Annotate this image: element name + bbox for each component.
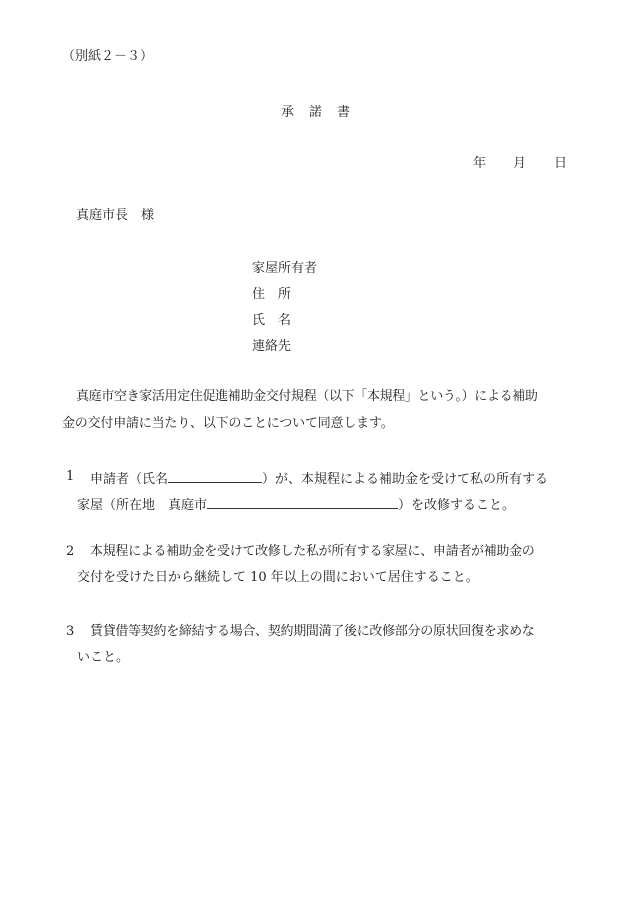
contact-label: 連絡先: [252, 340, 291, 353]
item-line-2: 交付を受けた日から継続して 10 年以上の間において居住すること。: [77, 571, 479, 584]
day-label: 日: [554, 157, 567, 170]
name-label: 氏 名: [252, 314, 291, 327]
annex-label: （別紙２－３）: [62, 50, 153, 63]
item-number: 2: [66, 545, 74, 558]
page-title: 承 諾 書: [281, 106, 351, 119]
location-blank: [207, 496, 398, 509]
address-label: 住 所: [252, 288, 291, 301]
location-label: 家屋（所在地 真庭市: [77, 498, 207, 513]
intro-line-2: 金の交付申請に当たり、以下のことについて同意します。: [62, 417, 394, 430]
owner-heading: 家屋所有者: [252, 262, 317, 275]
item-number: 3: [66, 625, 74, 638]
month-label: 月: [513, 157, 526, 170]
item-line-2: いこと。: [77, 651, 129, 664]
item-text: ）が、本規程による補助金を受けて私の所有する: [262, 472, 548, 487]
item-line-1: 賃貸借等契約を締結する場合、契約期間満了後に改修部分の原状回復を求めな: [90, 625, 535, 638]
item-line-2: 家屋（所在地 真庭市）を改修すること。: [77, 496, 515, 512]
item-line-1: 申請者（氏名）が、本規程による補助金を受けて私の所有する: [90, 470, 548, 486]
year-label: 年: [473, 157, 486, 170]
applicant-name-blank: [168, 470, 262, 483]
item-number: 1: [66, 470, 74, 483]
intro-line-1: 真庭市空き家活用定住促進補助金交付規程（以下「本規程」という。）による補助: [76, 390, 538, 403]
item-line-1: 本規程による補助金を受けて改修した私が所有する家屋に、申請者が補助金の: [90, 545, 535, 558]
item-text: ）を改修すること。: [398, 498, 515, 513]
addressee: 真庭市長 様: [76, 209, 154, 222]
applicant-name-label: 申請者（氏名: [90, 472, 168, 487]
